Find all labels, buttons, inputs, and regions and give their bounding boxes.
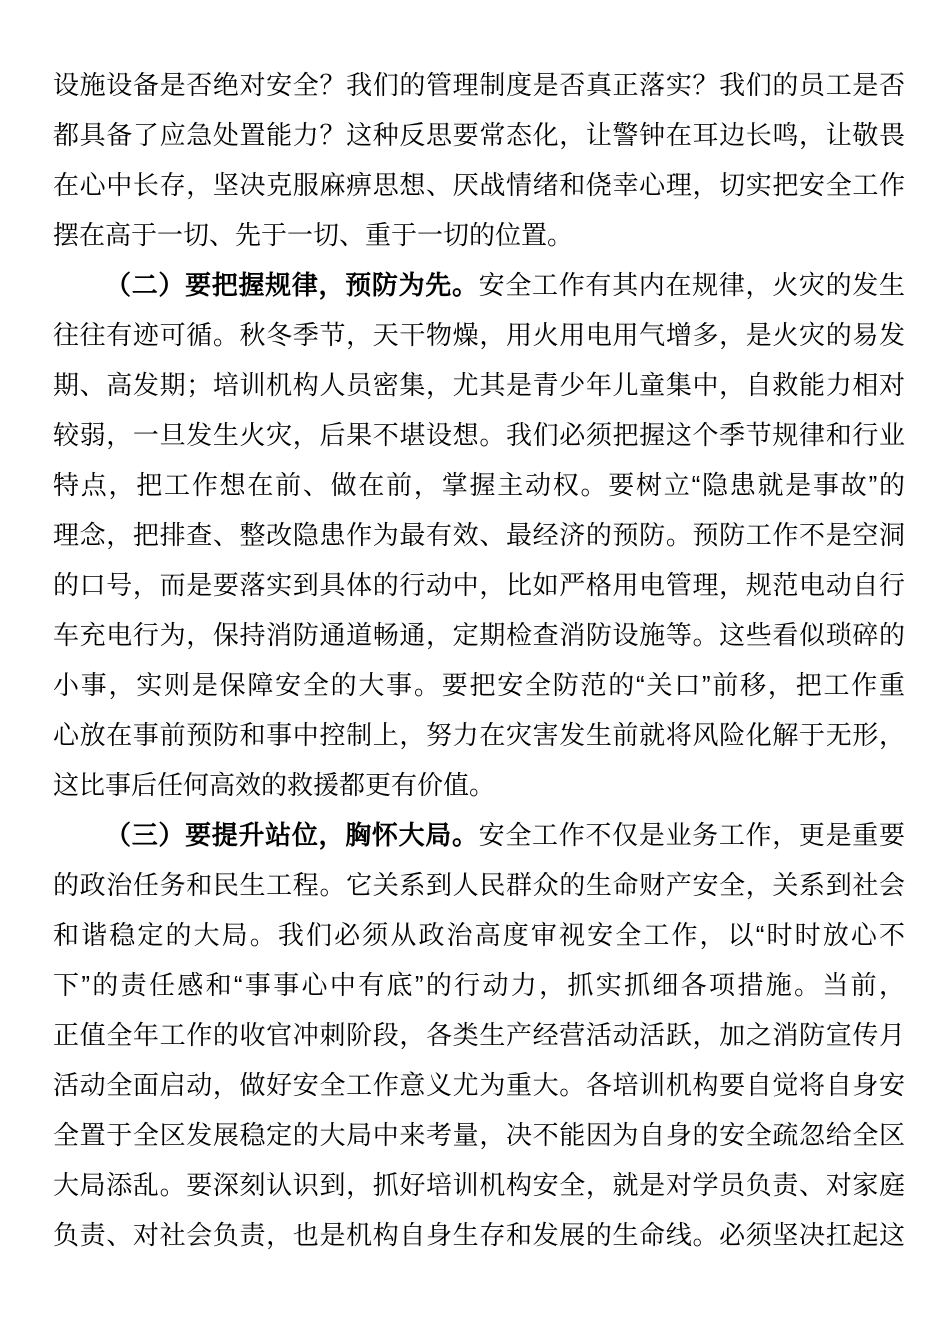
text-line: 下”的责任感和“事事心中有底”的行动力，抓实抓细各项措施。当前，: [53, 960, 905, 1010]
text-line: 设施设备是否绝对安全？我们的管理制度是否真正落实？我们的员工是否: [53, 60, 905, 110]
text-line: 都具备了应急处置能力？这种反思要常态化，让警钟在耳边长鸣，让敬畏: [53, 110, 905, 160]
paragraph-section-2: （二）要把握规律，预防为先。安全工作有其内在规律，火灾的发生 往往有迹可循。秋冬…: [53, 260, 905, 810]
text-line: 大局添乱。要深刻认识到，抓好培训机构安全，就是对学员负责、对家庭: [53, 1160, 905, 1210]
text-line: 正值全年工作的收官冲刺阶段，各类生产经营活动活跃，加之消防宣传月: [53, 1010, 905, 1060]
section-2-lead-text: 安全工作有其内在规律，火灾的发生: [479, 270, 905, 300]
text-line: 小事，实则是保障安全的大事。要把安全防范的“关口”前移，把工作重: [53, 660, 905, 710]
text-line: 理念，把排查、整改隐患作为最有效、最经济的预防。预防工作不是空洞: [53, 510, 905, 560]
paragraph-continuation: 设施设备是否绝对安全？我们的管理制度是否真正落实？我们的员工是否 都具备了应急处…: [53, 60, 905, 260]
text-line: 负责、对社会负责，也是机构自身生存和发展的生命线。必须坚决扛起这: [53, 1210, 905, 1260]
paragraph-section-3: （三）要提升站位，胸怀大局。安全工作不仅是业务工作，更是重要 的政治任务和民生工…: [53, 810, 905, 1260]
text-line: 期、高发期；培训机构人员密集，尤其是青少年儿童集中，自救能力相对: [53, 360, 905, 410]
text-line: 的口号，而是要落实到具体的行动中，比如严格用电管理，规范电动自行: [53, 560, 905, 610]
section-heading-line: （二）要把握规律，预防为先。安全工作有其内在规律，火灾的发生: [53, 260, 905, 310]
text-line: 活动全面启动，做好安全工作意义尤为重大。各培训机构要自觉将自身安: [53, 1060, 905, 1110]
text-line: 在心中长存，坚决克服麻痹思想、厌战情绪和侥幸心理，切实把安全工作: [53, 160, 905, 210]
section-heading-line: （三）要提升站位，胸怀大局。安全工作不仅是业务工作，更是重要: [53, 810, 905, 860]
document-body: 设施设备是否绝对安全？我们的管理制度是否真正落实？我们的员工是否 都具备了应急处…: [0, 0, 950, 1260]
document-page: 设施设备是否绝对安全？我们的管理制度是否真正落实？我们的员工是否 都具备了应急处…: [0, 0, 950, 1344]
section-2-heading: （二）要把握规律，预防为先。: [105, 270, 479, 300]
text-line: 车充电行为，保持消防通道畅通，定期检查消防设施等。这些看似琐碎的: [53, 610, 905, 660]
text-line: 特点，把工作想在前、做在前，掌握主动权。要树立“隐患就是事故”的: [53, 460, 905, 510]
text-line: 这比事后任何高效的救援都更有价值。: [53, 760, 905, 810]
text-line: 全置于全区发展稳定的大局中来考量，决不能因为自身的安全疏忽给全区: [53, 1110, 905, 1160]
text-line: 和谐稳定的大局。我们必须从政治高度审视安全工作，以“时时放心不: [53, 910, 905, 960]
section-3-lead-text: 安全工作不仅是业务工作，更是重要: [479, 820, 905, 850]
text-line: 往往有迹可循。秋冬季节，天干物燥，用火用电用气增多，是火灾的易发: [53, 310, 905, 360]
text-line: 摆在高于一切、先于一切、重于一切的位置。: [53, 210, 905, 260]
section-3-heading: （三）要提升站位，胸怀大局。: [105, 820, 479, 850]
text-line: 心放在事前预防和事中控制上，努力在灾害发生前就将风险化解于无形，: [53, 710, 905, 760]
text-line: 的政治任务和民生工程。它关系到人民群众的生命财产安全，关系到社会: [53, 860, 905, 910]
text-line: 较弱，一旦发生火灾，后果不堪设想。我们必须把握这个季节规律和行业: [53, 410, 905, 460]
